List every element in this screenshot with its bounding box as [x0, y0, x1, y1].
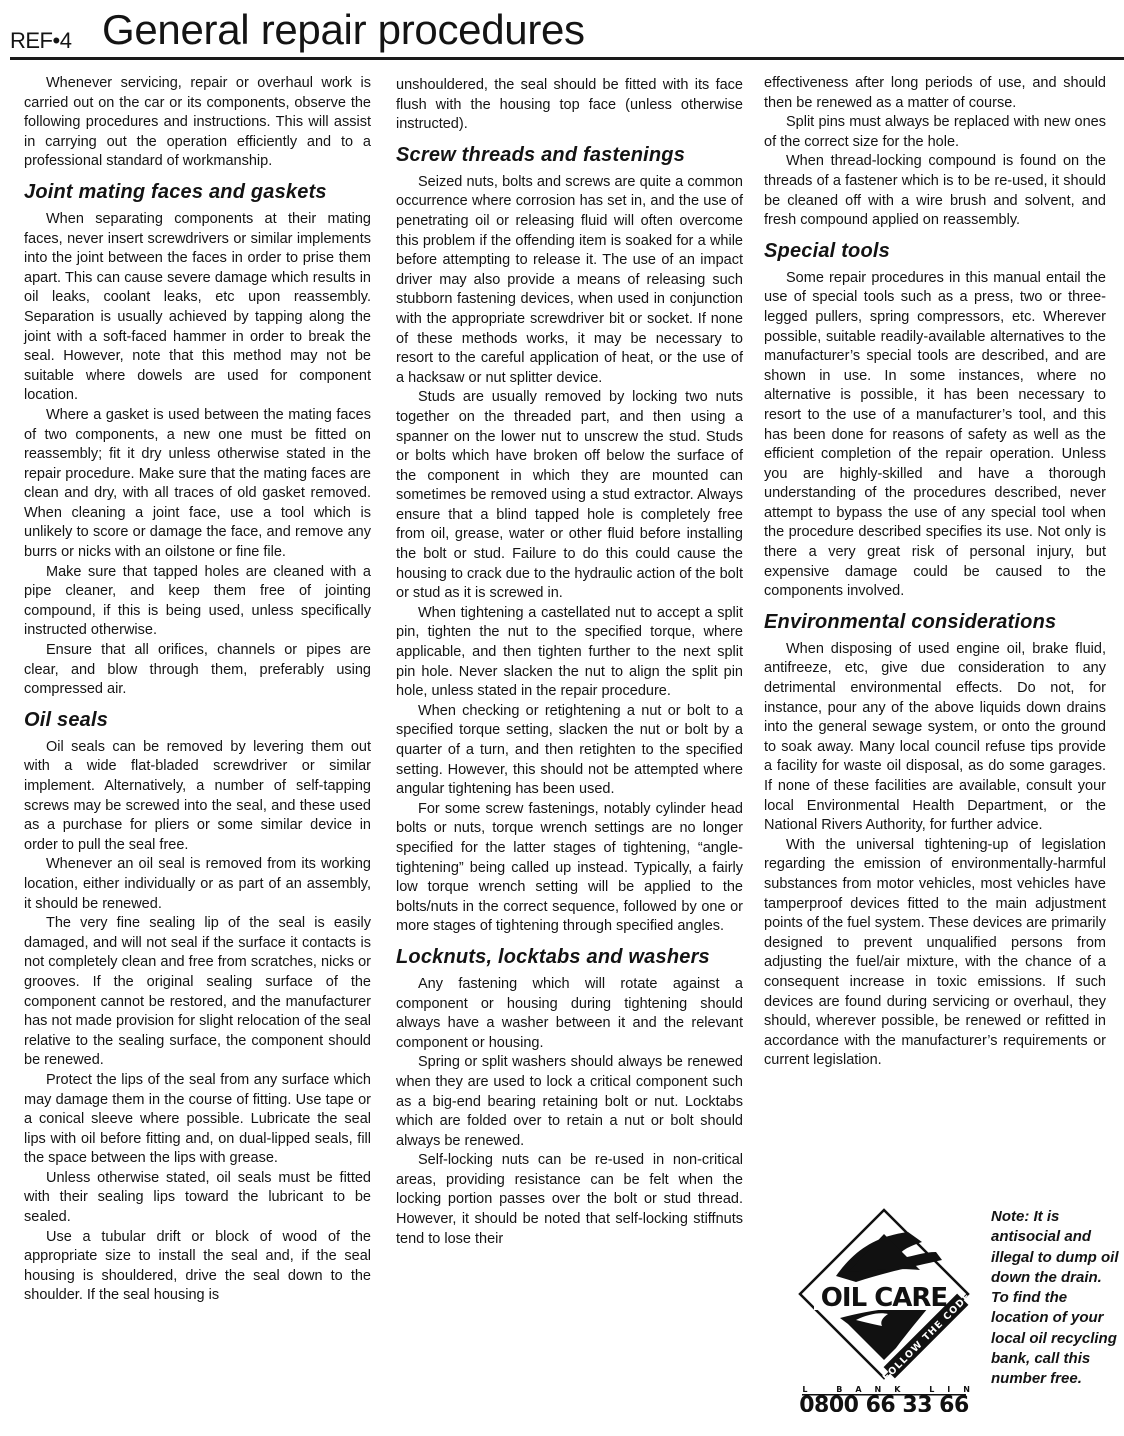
paragraph: Spring or split washers should always be… [396, 1053, 743, 1151]
oil-care-diamond-icon: OIL CARE FOLLOW THE CODE OIL BANK LINE 0… [796, 1208, 972, 1412]
svg-text:0800 66 33 66: 0800 66 33 66 [799, 1393, 969, 1412]
page-ref: REF•4 [10, 28, 71, 54]
column-1: Whenever servicing, repair or overhaul w… [24, 74, 371, 1306]
paragraph: Use a tubular drift or block of wood of … [24, 1228, 371, 1306]
paragraph: Self-locking nuts can be re-used in non-… [396, 1151, 743, 1249]
page-title: General repair procedures [102, 6, 585, 54]
paragraph: Oil seals can be removed by levering the… [24, 738, 371, 856]
column-2: unshouldered, the seal should be fitted … [396, 76, 743, 1249]
paragraph: Ensure that all orifices, channels or pi… [24, 641, 371, 700]
paragraph: When tightening a castellated nut to acc… [396, 604, 743, 702]
intro-paragraph: Whenever servicing, repair or overhaul w… [24, 74, 371, 172]
paragraph: Any fastening which will rotate against … [396, 975, 743, 1053]
section-heading-locknuts: Locknuts, locktabs and washers [396, 945, 743, 969]
paragraph: Some repair procedures in this manual en… [764, 269, 1106, 602]
paragraph: Where a gasket is used between the matin… [24, 406, 371, 563]
oil-care-logo: OIL CARE FOLLOW THE CODE OIL BANK LINE 0… [796, 1208, 972, 1412]
paragraph: When separating components at their mati… [24, 210, 371, 406]
page-header: REF•4 General repair procedures [10, 6, 1110, 58]
note-text: Note: It is antisocial and illegal to du… [991, 1207, 1121, 1390]
section-heading-special-tools: Special tools [764, 239, 1106, 263]
paragraph: The very fine sealing lip of the seal is… [24, 914, 371, 1071]
svg-text:OIL CARE: OIL CARE [821, 1283, 947, 1313]
section-heading-screw-threads: Screw threads and fastenings [396, 143, 743, 167]
column-3: effectiveness after long periods of use,… [764, 74, 1106, 1071]
paragraph: Studs are usually removed by locking two… [396, 388, 743, 604]
paragraph: When checking or retightening a nut or b… [396, 702, 743, 800]
paragraph: Make sure that tapped holes are cleaned … [24, 563, 371, 641]
paragraph: Unless otherwise stated, oil seals must … [24, 1169, 371, 1228]
header-divider [10, 57, 1124, 60]
section-heading-oil-seals: Oil seals [24, 708, 371, 732]
paragraph: Protect the lips of the seal from any su… [24, 1071, 371, 1169]
continuation-paragraph: effectiveness after long periods of use,… [764, 74, 1106, 113]
paragraph: For some screw fastenings, notably cylin… [396, 800, 743, 937]
section-heading-environmental: Environmental considerations [764, 610, 1106, 634]
paragraph: Seized nuts, bolts and screws are quite … [396, 173, 743, 389]
oil-disposal-note: Note: It is antisocial and illegal to du… [991, 1207, 1121, 1390]
paragraph: Whenever an oil seal is removed from its… [24, 855, 371, 914]
section-heading-joint-mating: Joint mating faces and gaskets [24, 180, 371, 204]
continuation-paragraph: unshouldered, the seal should be fitted … [396, 76, 743, 135]
paragraph: When disposing of used engine oil, brake… [764, 640, 1106, 836]
paragraph: Split pins must always be replaced with … [764, 113, 1106, 152]
paragraph: With the universal tightening-up of legi… [764, 836, 1106, 1071]
paragraph: When thread-locking compound is found on… [764, 152, 1106, 230]
